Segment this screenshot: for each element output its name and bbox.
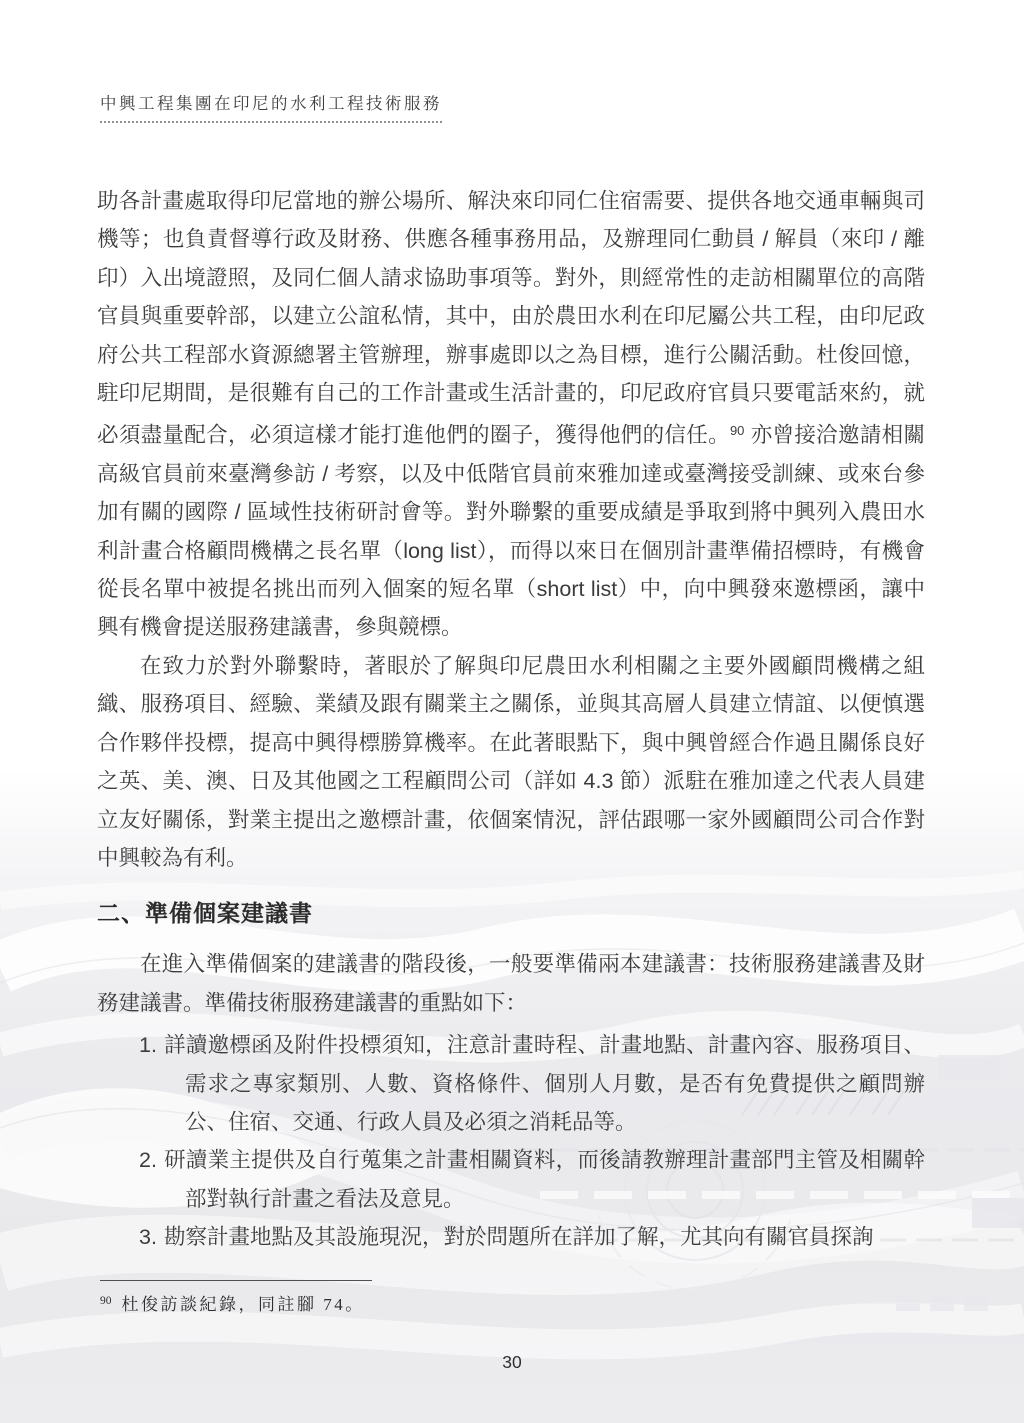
paragraph-2: 在致力於對外聯繫時，著眼於了解與印尼農田水利相關之主要外國顧問機構之組織、服務項… bbox=[97, 647, 925, 877]
document-page: 中興工程集團在印尼的水利工程技術服務 助各計畫處取得印尼當地的辦公場所、解決來印… bbox=[0, 0, 1024, 1423]
list-item-1: 1.詳讀邀標函及附件投標須知，注意計畫時程、計畫地點、計畫內容、服務項目、需求之… bbox=[97, 1026, 925, 1141]
paragraph-3: 在進入準備個案的建議書的階段後，一般要準備兩本建議書：技術服務建議書及財務建議書… bbox=[97, 945, 925, 1022]
list-item-3: 3.勘察計畫地點及其設施現況，對於問題所在詳加了解，尤其向有關官員探詢 bbox=[97, 1218, 925, 1256]
list-item-2-text: 研讀業主提供及自行蒐集之計畫相關資料，而後請教辦理計畫部門主管及相關幹部對執行計… bbox=[164, 1148, 925, 1210]
paragraph-1-text-before-ref: 助各計畫處取得印尼當地的辦公場所、解決來印同仁住宿需要、提供各地交通車輛與司機等… bbox=[97, 189, 925, 447]
section-heading: 二、準備個案建議書 bbox=[97, 891, 925, 935]
footnote-body: 90杜俊訪談紀錄，同註腳 74。 bbox=[100, 1290, 660, 1315]
list-item-3-number: 3. bbox=[139, 1225, 157, 1249]
paragraph-1-text-after-ref: 亦曾接洽邀請相關高級官員前來臺灣參訪 / 考察，以及中低階官員前來雅加達或臺灣接… bbox=[97, 423, 925, 639]
footnote-text: 杜俊訪談紀錄，同註腳 74。 bbox=[122, 1295, 365, 1314]
list-item-3-text: 勘察計畫地點及其設施現況，對於問題所在詳加了解，尤其向有關官員探詢 bbox=[164, 1225, 874, 1249]
footnote-divider bbox=[100, 1280, 372, 1281]
footnote-ref-90: 90 bbox=[730, 423, 744, 438]
numbered-list: 1.詳讀邀標函及附件投標須知，注意計畫時程、計畫地點、計畫內容、服務項目、需求之… bbox=[97, 1026, 925, 1256]
list-item-1-text: 詳讀邀標函及附件投標須知，注意計畫時程、計畫地點、計畫內容、服務項目、需求之專家… bbox=[164, 1033, 925, 1134]
list-item-2-number: 2. bbox=[139, 1148, 157, 1172]
list-item-1-number: 1. bbox=[139, 1033, 157, 1057]
footnote: 90杜俊訪談紀錄，同註腳 74。 bbox=[100, 1280, 660, 1315]
footnote-marker: 90 bbox=[100, 1295, 112, 1307]
running-header: 中興工程集團在印尼的水利工程技術服務 bbox=[100, 90, 442, 123]
body-text-column: 助各計畫處取得印尼當地的辦公場所、解決來印同仁住宿需要、提供各地交通車輛與司機等… bbox=[97, 182, 925, 1257]
paragraph-1: 助各計畫處取得印尼當地的辦公場所、解決來印同仁住宿需要、提供各地交通車輛與司機等… bbox=[97, 182, 925, 647]
running-header-title: 中興工程集團在印尼的水利工程技術服務 bbox=[100, 90, 442, 123]
list-item-2: 2.研讀業主提供及自行蒐集之計畫相關資料，而後請教辦理計畫部門主管及相關幹部對執… bbox=[97, 1141, 925, 1218]
page-number: 30 bbox=[0, 1352, 1024, 1373]
